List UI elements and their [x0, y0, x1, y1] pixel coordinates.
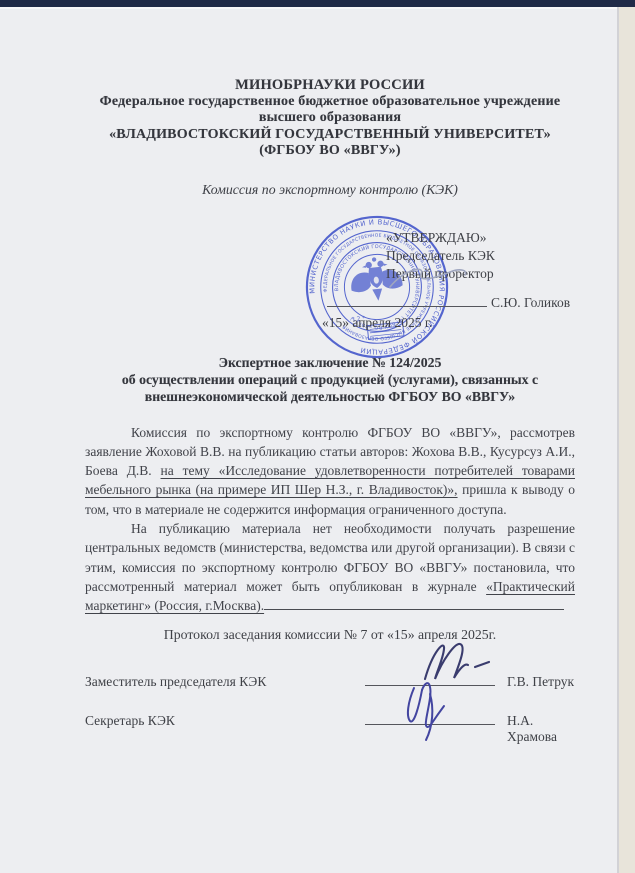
scan-top-edge	[0, 0, 635, 7]
secretary-name: Н.А. Храмова	[507, 713, 575, 745]
deputy-chair-name: Г.В. Петрук	[507, 674, 574, 690]
title-line-3: внешнеэкономической деятельностью ФГБОУ …	[85, 388, 575, 405]
signature-row-deputy-chair: Заместитель председателя КЭК Г.В. Петрук	[85, 671, 575, 690]
approval-date: «15» апреля 2025 г.	[322, 314, 597, 332]
ministry-name: МИНОБРНАУКИ РОССИИ	[85, 77, 575, 94]
paragraph-1: Комиссия по экспортному контролю ФГБОУ В…	[85, 423, 575, 519]
institution-line-2: высшего образования	[85, 110, 575, 127]
document-page: МИНОБРНАУКИ РОССИИ Федеральное государст…	[0, 7, 619, 873]
signature-section: Заместитель председателя КЭК Г.В. Петрук…	[85, 671, 575, 745]
khramova-handwritten-signature	[401, 678, 457, 742]
document-body: Комиссия по экспортному контролю ФГБОУ В…	[85, 423, 575, 616]
golikov-handwritten-signature	[384, 263, 480, 293]
page-content: МИНОБРНАУКИ РОССИИ Федеральное государст…	[85, 77, 575, 745]
institution-line-1: Федеральное государственное бюджетное об…	[85, 94, 575, 111]
approver-name: С.Ю. Голиков	[491, 295, 570, 310]
university-name: «ВЛАДИВОСТОКСКИЙ ГОСУДАРСТВЕННЫЙ УНИВЕРС…	[85, 127, 575, 144]
secretary-signature-line	[365, 710, 495, 725]
deputy-chair-label: Заместитель председателя КЭК	[85, 674, 365, 690]
university-abbr: (ФГБОУ ВО «ВВГУ»)	[85, 143, 575, 160]
approver-signature-line	[327, 293, 487, 307]
paragraph-2: На публикацию материала нет необходимост…	[85, 519, 575, 615]
commission-subtitle: Комиссия по экспортному контролю (КЭК)	[85, 182, 575, 198]
document-title: Экспертное заключение № 124/2025 об осущ…	[85, 354, 575, 405]
secretary-label: Секретарь КЭК	[85, 713, 365, 729]
letterhead: МИНОБРНАУКИ РОССИИ Федеральное государст…	[85, 77, 575, 160]
title-line-1: Экспертное заключение № 124/2025	[85, 354, 575, 371]
approver-signature-row: С.Ю. Голиков	[322, 293, 597, 312]
signature-row-secretary: Секретарь КЭК Н.А. Храмова	[85, 710, 575, 745]
trailing-rule	[264, 597, 564, 610]
approve-word: «УТВЕРЖДАЮ»	[386, 229, 597, 247]
title-line-2: об осуществлении операций с продукцией (…	[85, 371, 575, 388]
approval-block: «УТВЕРЖДАЮ» Председатель КЭК Первый прор…	[322, 229, 597, 332]
